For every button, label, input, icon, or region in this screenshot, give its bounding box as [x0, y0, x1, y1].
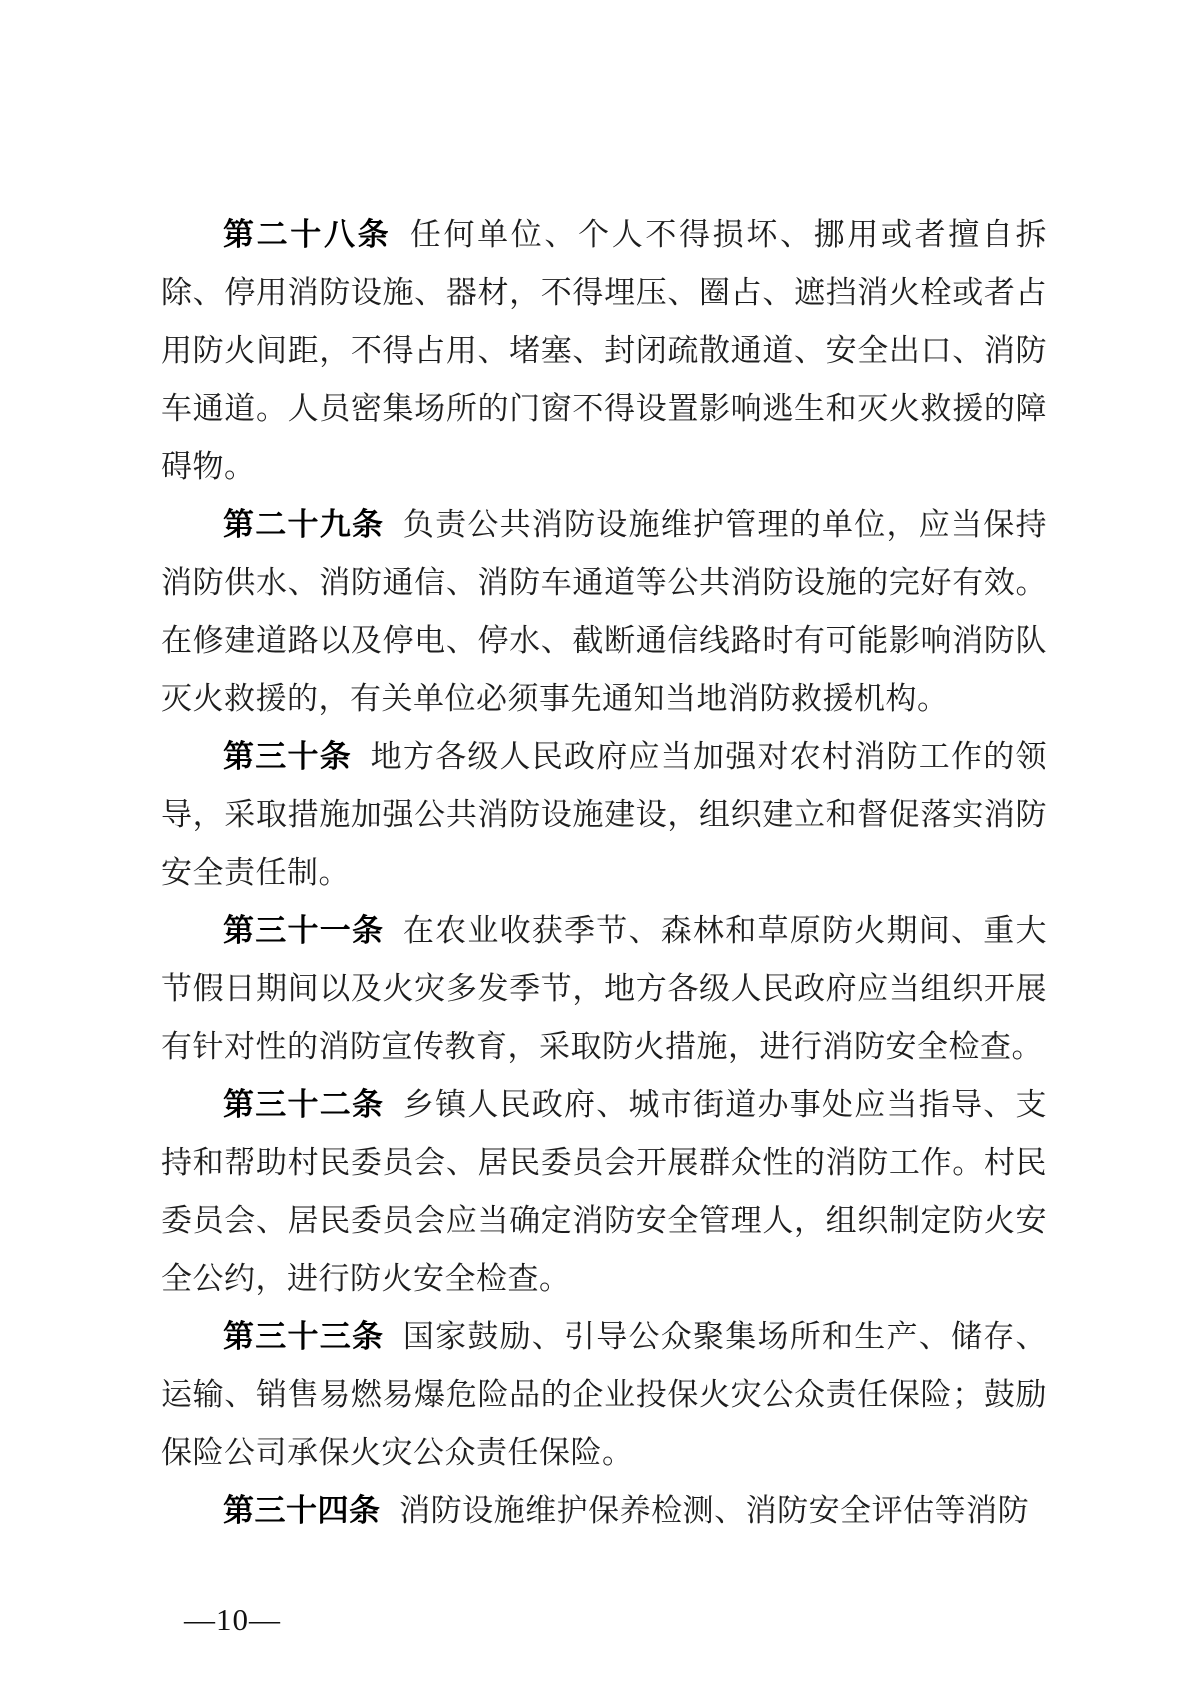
article-paragraph: 第三十条地方各级人民政府应当加强对农村消防工作的领导，采取措施加强公共消防设施建…: [161, 728, 1047, 902]
article-number: 第二十八条: [223, 217, 391, 252]
article-paragraph: 第三十四条消防设施维护保养检测、消防安全评估等消防: [161, 1482, 1047, 1540]
article-number: 第三十四条: [223, 1493, 381, 1528]
article-paragraph: 第二十八条任何单位、个人不得损坏、挪用或者擅自拆除、停用消防设施、器材，不得埋压…: [161, 206, 1047, 496]
page-number: —10—: [184, 1599, 281, 1641]
article-paragraph: 第三十三条国家鼓励、引导公众聚集场所和生产、储存、运输、销售易燃易爆危险品的企业…: [161, 1308, 1047, 1482]
article-number: 第三十三条: [223, 1319, 384, 1354]
article-text: 任何单位、个人不得损坏、挪用或者擅自拆除、停用消防设施、器材，不得埋压、圈占、遮…: [161, 217, 1047, 484]
article-number: 第三十条: [223, 739, 352, 774]
article-number: 第二十九条: [223, 507, 384, 542]
article-text: 消防设施维护保养检测、消防安全评估等消防: [399, 1493, 1029, 1528]
article-paragraph: 第二十九条负责公共消防设施维护管理的单位，应当保持消防供水、消防通信、消防车通道…: [161, 496, 1047, 728]
article-number: 第三十一条: [223, 913, 384, 948]
article-paragraph: 第三十一条在农业收获季节、森林和草原防火期间、重大节假日期间以及火灾多发季节，地…: [161, 902, 1047, 1076]
article-number: 第三十二条: [223, 1087, 384, 1122]
articles: 第二十八条任何单位、个人不得损坏、挪用或者擅自拆除、停用消防设施、器材，不得埋压…: [161, 206, 1047, 1540]
document-page: 第二十八条任何单位、个人不得损坏、挪用或者擅自拆除、停用消防设施、器材，不得埋压…: [0, 0, 1190, 1683]
article-paragraph: 第三十二条乡镇人民政府、城市街道办事处应当指导、支持和帮助村民委员会、居民委员会…: [161, 1076, 1047, 1308]
